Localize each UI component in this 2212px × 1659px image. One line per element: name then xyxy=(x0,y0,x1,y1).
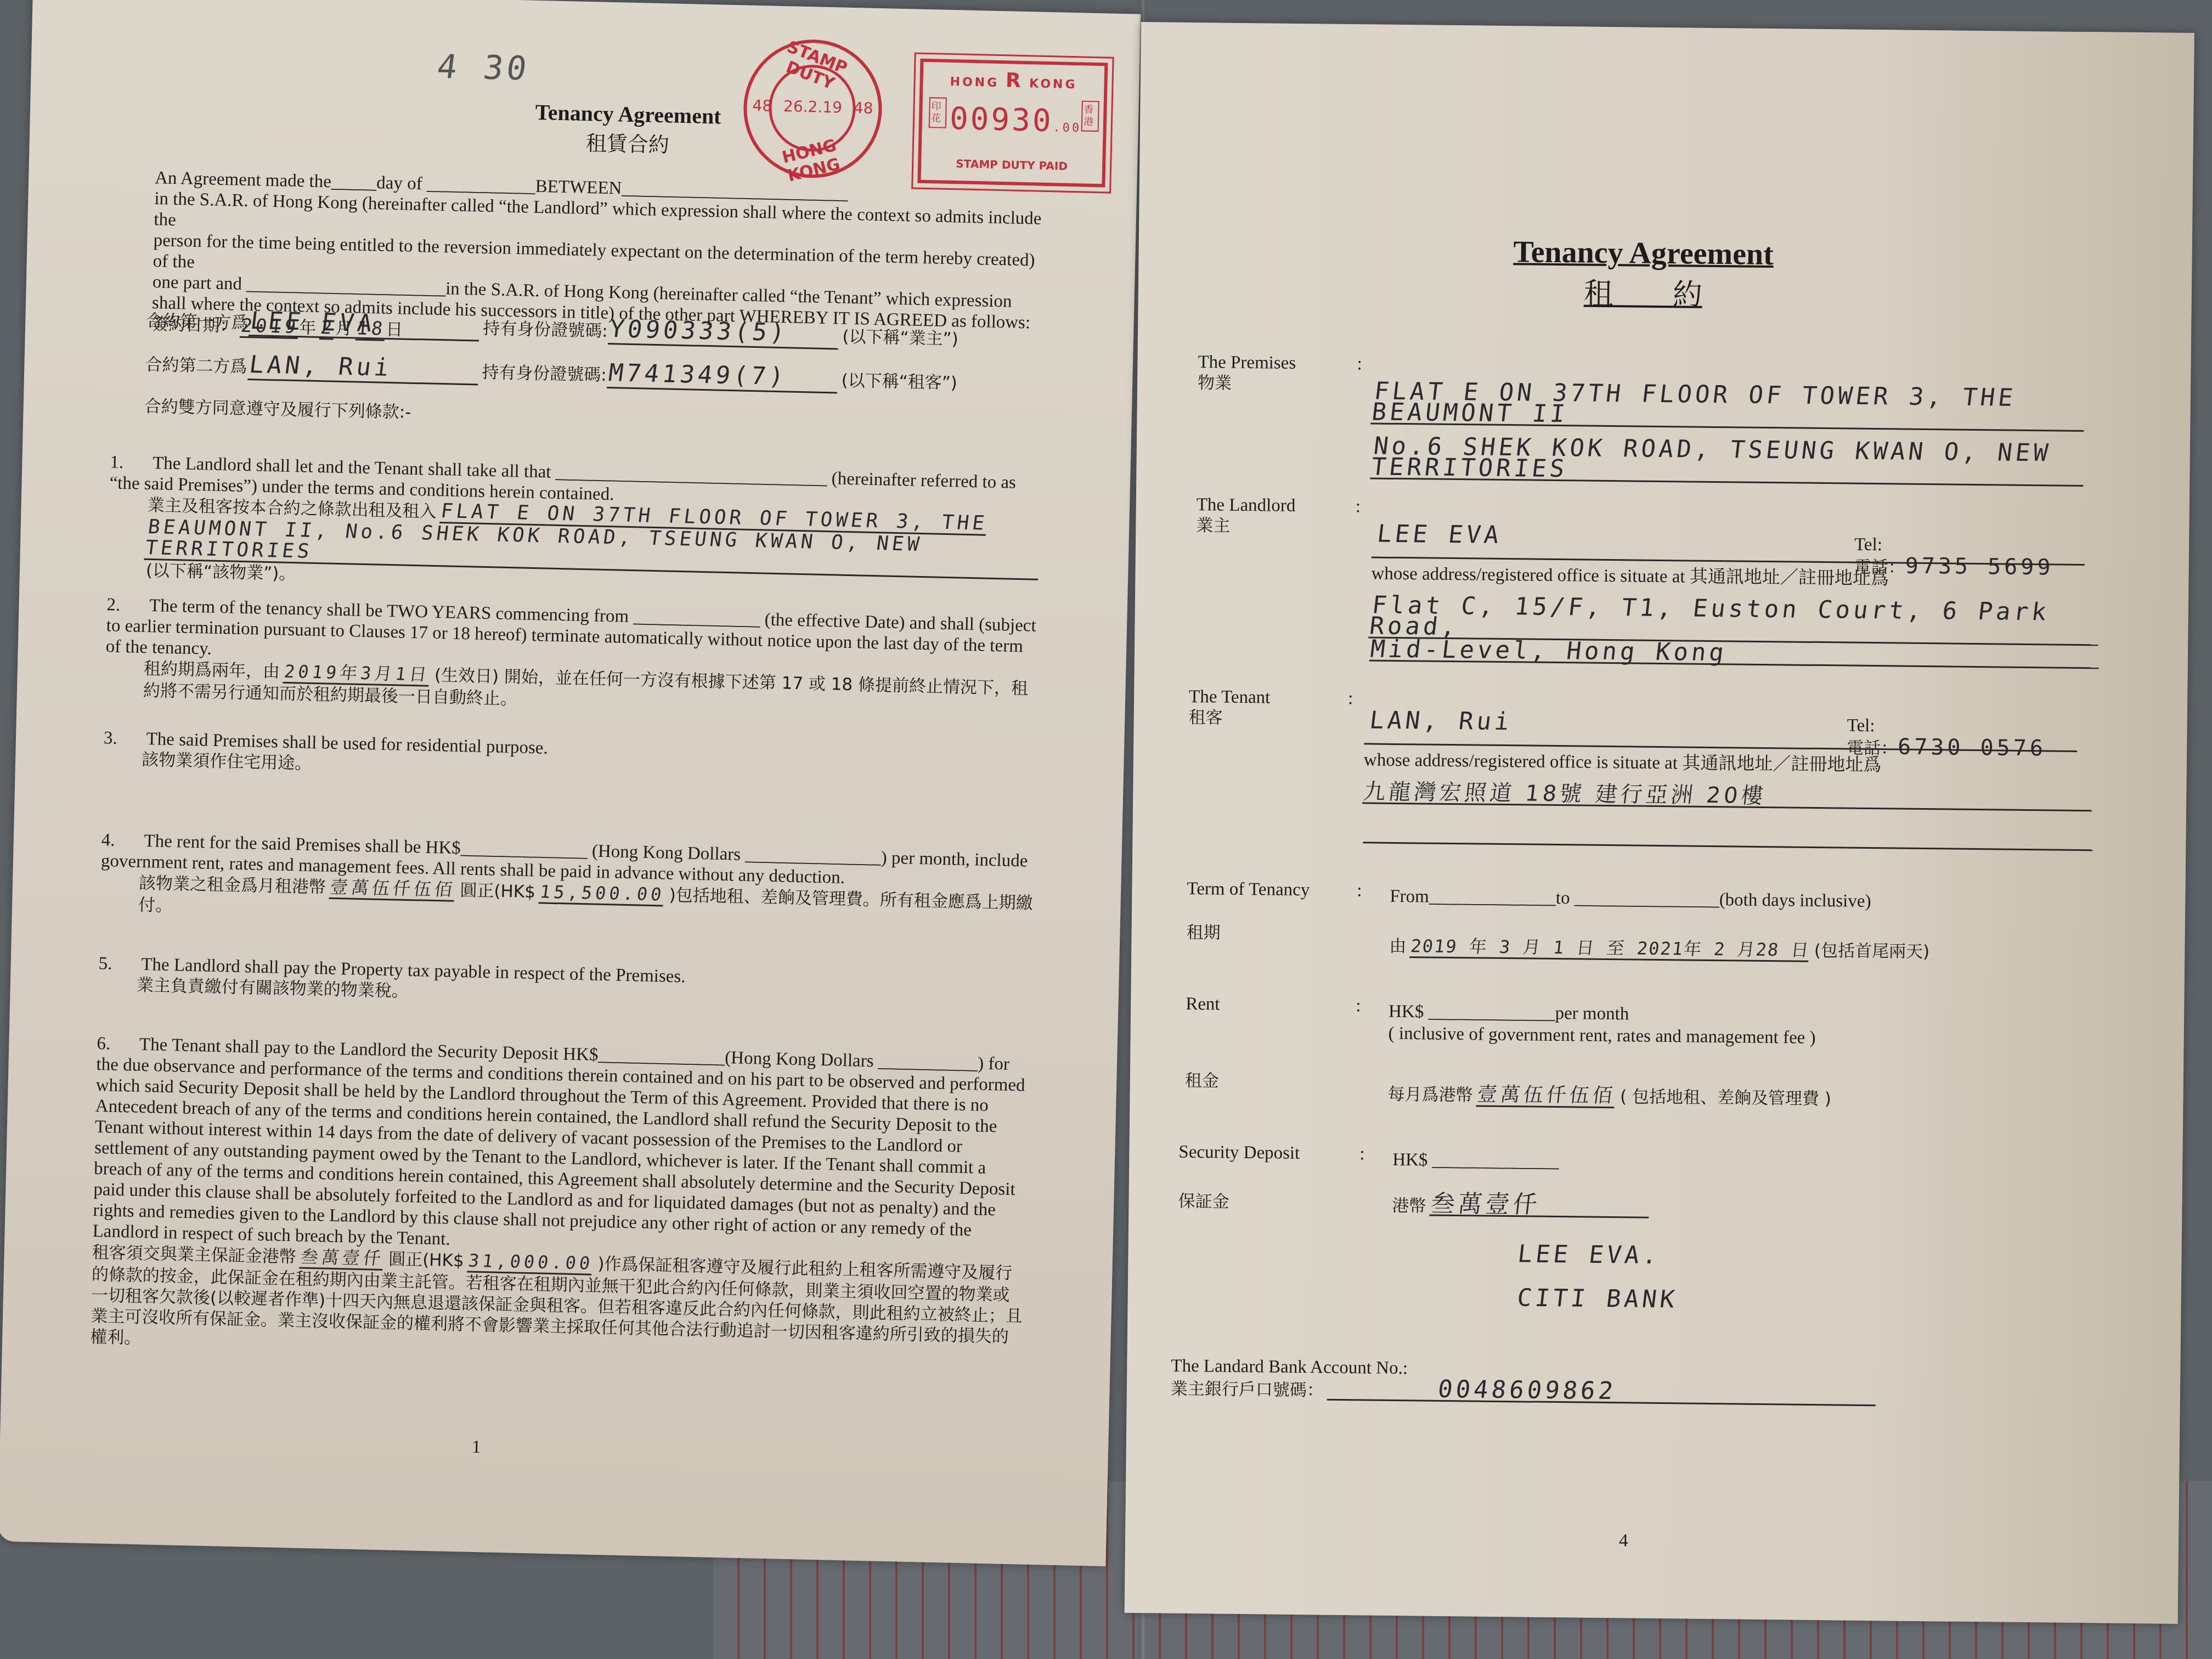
tenant-name: LAN, Rui xyxy=(247,351,482,385)
clause-4: 4. The rent for the said Premises shall … xyxy=(100,830,1034,936)
clause-3: 3. The said Premises shall be used for r… xyxy=(103,727,1036,791)
deposit-note-name: LEE EVA. xyxy=(1516,1244,1661,1266)
deposit-note-bank: CITI BANK xyxy=(1516,1288,1679,1310)
page-number: 1 xyxy=(471,1437,481,1458)
clause-1: 1. The Landlord shall let and the Tenant… xyxy=(108,452,1043,601)
tenant-address-1: 九龍灣宏照道 18號 建行亞洲 20樓 xyxy=(1362,781,2095,811)
title-en: Tenancy Agreement xyxy=(1489,234,1797,273)
title-en: Tenancy Agreement xyxy=(513,99,744,130)
tenant-id: M741349(7) xyxy=(607,359,841,393)
rent-words: 壹萬伍仟伍佰 xyxy=(329,877,457,902)
rent-section: Rent : HK$ ______________per month ( inc… xyxy=(1186,994,2151,1003)
clause-5: 5. The Landlord shall pay the Property t… xyxy=(98,953,1031,1016)
stamp-duty-paid-meter: HONG R KONG 印花 香港 00930.00 STAMP DUTY PA… xyxy=(917,59,1108,188)
tenant-tel: 6730 0576 xyxy=(1898,735,2046,761)
landlord-tel: 9735 5699 xyxy=(1905,554,2053,580)
meter-right-glyph: 香港 xyxy=(1081,100,1099,132)
landlord-name: LEE EVA xyxy=(1376,524,1503,546)
parties: 合約第一方爲 LEE EVA 持有身份證號碼: Y090333(5) (以下稱“… xyxy=(144,304,1079,438)
clauses: 1. The Landlord shall let and the Tenant… xyxy=(90,452,1043,1368)
term-dates: 2019 年 3 月 1 日 至 2021年 2 月28 日 xyxy=(1409,935,1811,962)
meter-footer: STAMP DUTY PAID xyxy=(943,157,1080,173)
rent-amount: 15,500.00 xyxy=(538,881,666,906)
clause-2: 2. The term of the tenancy shall be TWO … xyxy=(105,594,1040,721)
margin-note: 4 30 xyxy=(435,48,532,88)
title-cn: 租賃合約 xyxy=(512,125,743,160)
page-title: Tenancy Agreement 租 約 xyxy=(1489,234,1797,315)
tenant-section: The Tenant 租客 : LAN, Rui Tel: 電話：6730 05… xyxy=(1189,686,2154,696)
deposit-words: 叁萬壹仟 xyxy=(299,1246,385,1271)
stamp-date-row: 48 26.2.19 48 xyxy=(747,97,879,117)
stamp-date: 26.2.19 xyxy=(783,97,843,116)
page-4: Tenancy Agreement 租 約 The Premises 物業 : … xyxy=(1125,22,2194,1624)
tenant-name: LAN, Rui xyxy=(1368,710,1513,732)
premises-line-2: No.6 SHEK KOK ROAD, TSEUNG KWAN O, NEW T… xyxy=(1370,436,2088,487)
page-1: 4 30 Tenancy Agreement 租賃合約 STAMP DUTY 4… xyxy=(0,0,1141,1566)
deposit-section: Security Deposit : HK$ ______________ 保証… xyxy=(1179,1142,2145,1152)
premises-section: The Premises 物業 : FLAT E ON 37TH FLOOR O… xyxy=(1198,352,2164,362)
clause-6: 6. The Tenant shall pay to the Landlord … xyxy=(90,1033,1030,1368)
stamp-duty-round-stamp: STAMP DUTY 48 26.2.19 48 HONG KONG xyxy=(742,38,884,179)
page-title: Tenancy Agreement 租賃合約 xyxy=(512,99,743,160)
premises-line-1: FLAT E ON 37TH FLOOR OF TOWER 3, THE BEA… xyxy=(1370,381,2089,432)
deposit-amount: 31,000.00 xyxy=(467,1250,595,1276)
landlord-id: Y090333(5) xyxy=(608,315,842,349)
deposit-words: 叁萬壹仟 xyxy=(1429,1194,1651,1218)
bank-section: The Landard Bank Account No.: 業主銀行戶口號碼： … xyxy=(1171,1356,2137,1409)
title-cn: 租 約 xyxy=(1489,269,1797,315)
effective-date: 2019年3月1日 xyxy=(283,661,431,687)
landlord-name: LEE EVA xyxy=(249,307,483,341)
meter-left-glyph: 印花 xyxy=(929,97,947,128)
tenant-address-2 xyxy=(1363,842,2092,851)
page-number: 4 xyxy=(1619,1530,1628,1551)
meter-amount: 00930.00 xyxy=(949,101,1082,139)
term-section: Term of Tenancy : From______________to _… xyxy=(1187,878,2153,888)
meter-logo-icon: R xyxy=(1006,69,1024,92)
rent-words: 壹萬伍仟伍佰 xyxy=(1476,1085,1617,1109)
landlord-section: The Landlord 業主 : LEE EVA Tel: 電話：9735 5… xyxy=(1197,494,2162,504)
